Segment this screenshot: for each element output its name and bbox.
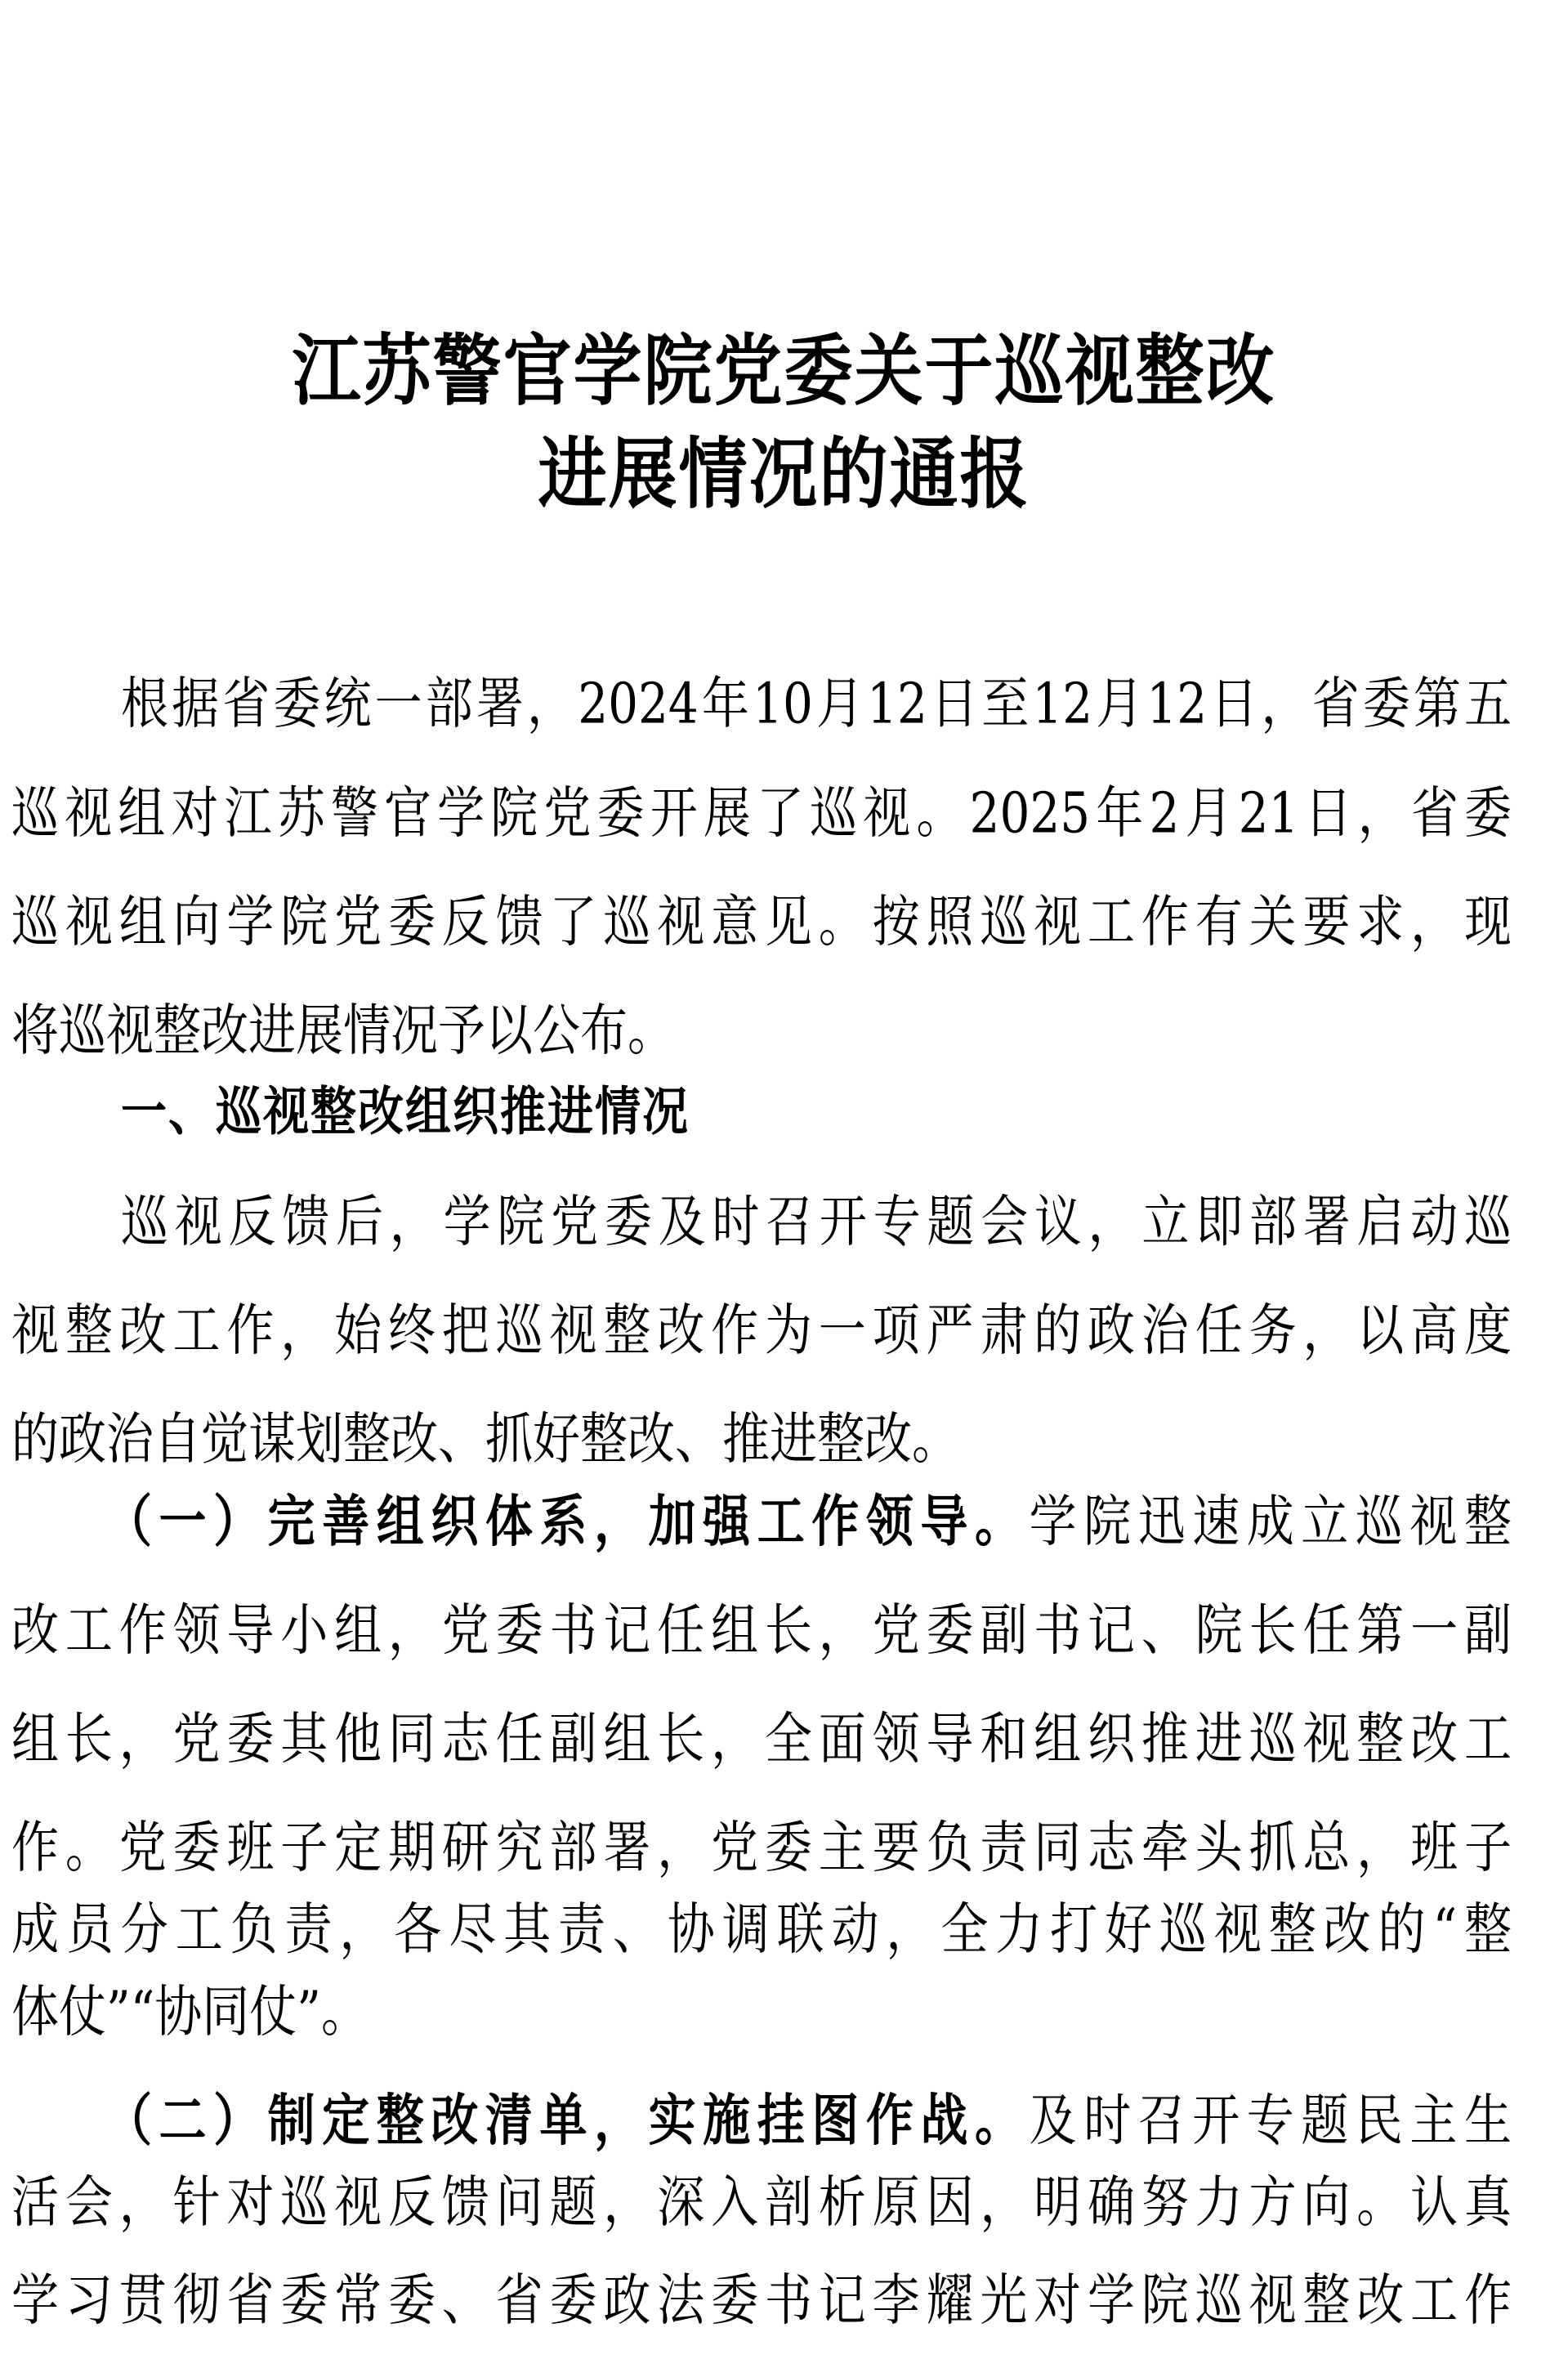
section1-para1-line-3: 的政治自觉谋划整改、抓好整改、推进整改。 <box>11 1401 1512 1477</box>
intro-line-4: 将巡视整改进展情况予以公布。 <box>11 992 1512 1069</box>
intro-line-1: 根据省委统一部署，2024年10月12日至12月12日，省委第五 <box>121 665 1512 742</box>
subsection2-first-line: （二）制定整改清单，实施挂图作战。及时召开专题民主生 <box>105 2082 1512 2159</box>
section-heading-1: 一、巡视整改组织推进情况 <box>121 1075 690 1150</box>
subsection2-line-3: 学习贯彻省委常委、省委政法委书记李耀光对学院巡视整改工作 <box>11 2262 1512 2339</box>
subsection1-lead: （一）完善组织体系，加强工作领导。 <box>105 1489 1030 1554</box>
document-page: 江苏警官学院党委关于巡视整改 进展情况的通报 根据省委统一部署，2024年10月… <box>0 0 1568 2359</box>
subsection1-line-4: 作。党委班子定期研究部署，党委主要负责同志牵头抓总，班子 <box>11 1809 1512 1886</box>
document-title-line-1: 江苏警官学院党委关于巡视整改 <box>0 325 1568 417</box>
section1-para1-line-2: 视整改工作，始终把巡视整改作为一项严肃的政治任务，以高度 <box>11 1292 1512 1369</box>
subsection2-line-2: 活会，针对巡视反馈问题，深入剖析原因，明确努力方向。认真 <box>11 2164 1512 2241</box>
intro-line-2: 巡视组对江苏警官学院党委开展了巡视。2025年2月21日，省委 <box>11 775 1512 851</box>
subsection1-line-6: 体仗”“协同仗”。 <box>11 1973 1512 2050</box>
section1-para1-line-1: 巡视反馈后，学院党委及时召开专题会议，立即部署启动巡 <box>121 1183 1512 1260</box>
subsection1-first-line: （一）完善组织体系，加强工作领导。学院迅速成立巡视整 <box>105 1483 1512 1560</box>
subsection2-lead: （二）制定整改清单，实施挂图作战。 <box>105 2088 1030 2153</box>
subsection1-first-line-rest: 学院迅速成立巡视整 <box>1030 1489 1512 1554</box>
subsection1-line-2: 改工作领导小组，党委书记任组长，党委副书记、院长任第一副 <box>11 1592 1512 1669</box>
subsection2-first-line-rest: 及时召开专题民主生 <box>1030 2088 1512 2153</box>
document-title-line-2: 进展情况的通报 <box>0 428 1568 520</box>
subsection1-line-5: 成员分工负责，各尽其责、协调联动，全力打好巡视整改的“整 <box>11 1891 1512 1968</box>
subsection1-line-3: 组长，党委其他同志任副组长，全面领导和组织推进巡视整改工 <box>11 1700 1512 1777</box>
intro-line-3: 巡视组向学院党委反馈了巡视意见。按照巡视工作有关要求，现 <box>11 883 1512 960</box>
